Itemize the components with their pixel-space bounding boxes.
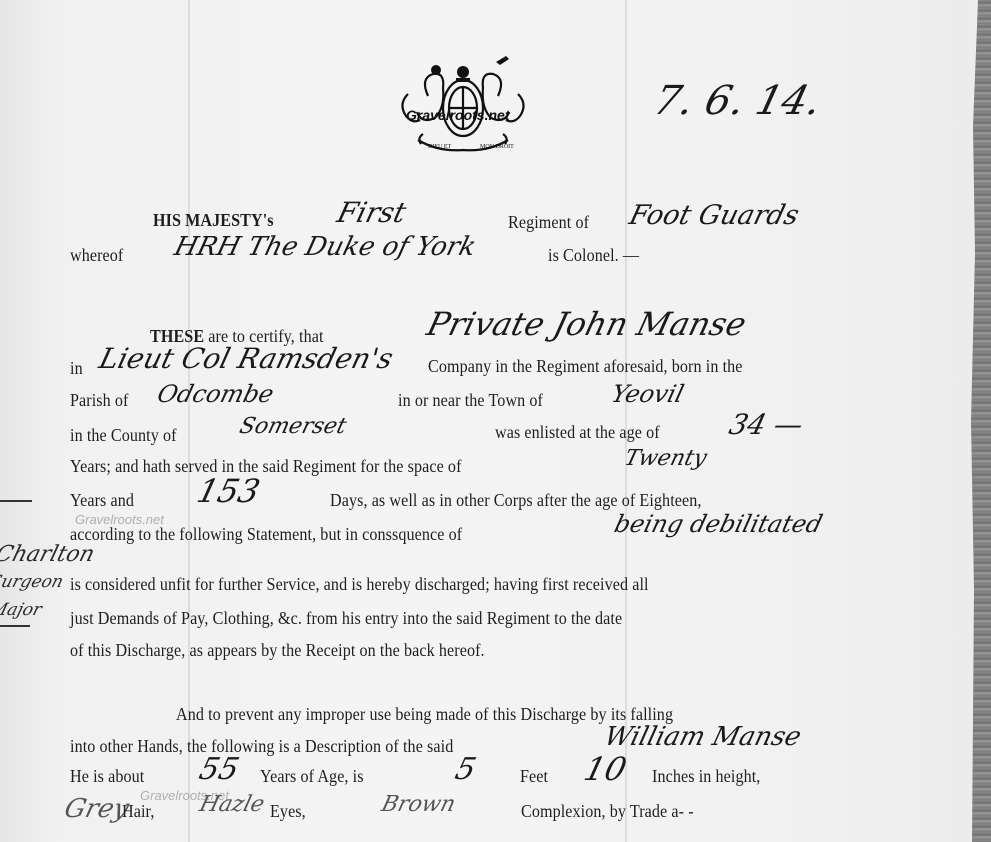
margin-dash <box>0 500 32 502</box>
label-prevent: And to prevent any improper use being ma… <box>176 704 673 725</box>
royal-coat-of-arms-icon: DIEU ET MON DROIT <box>388 56 538 156</box>
margin-note-major: Major <box>0 600 44 620</box>
label-parish-of: Parish of <box>70 390 129 411</box>
label-years-of-age: Years of Age, is <box>260 766 364 787</box>
label-whereof: whereof <box>70 245 123 266</box>
soldier-name-value: Private John Manse <box>423 305 750 343</box>
regiment-name-value: Foot Guards <box>626 200 802 231</box>
label-company: Company in the Regiment aforesaid, born … <box>428 356 743 377</box>
watermark: Gravelroots.net <box>406 107 509 123</box>
stamp-number: 7. 6. 14. <box>649 78 826 124</box>
days-value: 153 <box>193 472 264 510</box>
complexion-value: Brown <box>379 792 458 817</box>
county-value: Somerset <box>237 414 349 439</box>
label-according: according to the following Statement, bu… <box>70 524 462 545</box>
label-town-of: in or near the Town of <box>398 390 543 411</box>
discharge-reason-value: being debilitated <box>612 510 826 538</box>
label-unfit: is considered unfit for further Service,… <box>70 574 649 595</box>
label-inches: Inches in height, <box>652 766 760 787</box>
margin-note-surgeon: Surgeon <box>0 572 66 592</box>
margin-dash <box>0 625 30 627</box>
label-hair: Hair, <box>122 801 154 822</box>
label-demands: just Demands of Pay, Clothing, &c. from … <box>70 608 622 629</box>
label-complexion: Complexion, by Trade a- - <box>521 801 694 822</box>
eyes-value: Hazle <box>197 792 267 817</box>
margin-note-charlton: Charlton <box>0 542 97 567</box>
colonel-name-value: HRH The Duke of York <box>171 232 479 262</box>
company-name-value: Lieut Col Ramsden's <box>96 342 397 375</box>
label-days: Days, as well as in other Corps after th… <box>330 490 701 511</box>
described-name-value: William Manse <box>601 722 804 752</box>
label-discharge-receipt: of this Discharge, as appears by the Rec… <box>70 640 485 661</box>
label-in: in <box>70 358 83 379</box>
label-into-hands: into other Hands, the following is a Des… <box>70 736 453 757</box>
torn-page-edge <box>971 0 991 842</box>
years-served-value: Twenty <box>622 446 709 471</box>
label-regiment-of: Regiment of <box>508 212 589 233</box>
label-years-and: Years and <box>70 490 134 511</box>
enlist-age-value: 34 — <box>726 408 807 441</box>
regiment-ordinal-value: First <box>334 196 410 229</box>
label-enlisted-age: was enlisted at the age of <box>495 422 660 443</box>
label-years-served: Years; and hath served in the said Regim… <box>70 456 462 477</box>
label-county-of: in the County of <box>70 425 177 446</box>
label-is-colonel: is Colonel. — <box>548 245 639 266</box>
svg-text:MON DROIT: MON DROIT <box>480 144 514 150</box>
label-he-is-about: He is about <box>70 766 144 787</box>
label-his-majesty: HIS MAJESTY's <box>153 210 274 231</box>
svg-text:DIEU ET: DIEU ET <box>428 144 451 150</box>
parish-value: Odcombe <box>155 380 277 408</box>
town-value: Yeovil <box>609 380 687 408</box>
label-feet: Feet <box>520 766 548 787</box>
label-eyes: Eyes, <box>270 801 306 822</box>
